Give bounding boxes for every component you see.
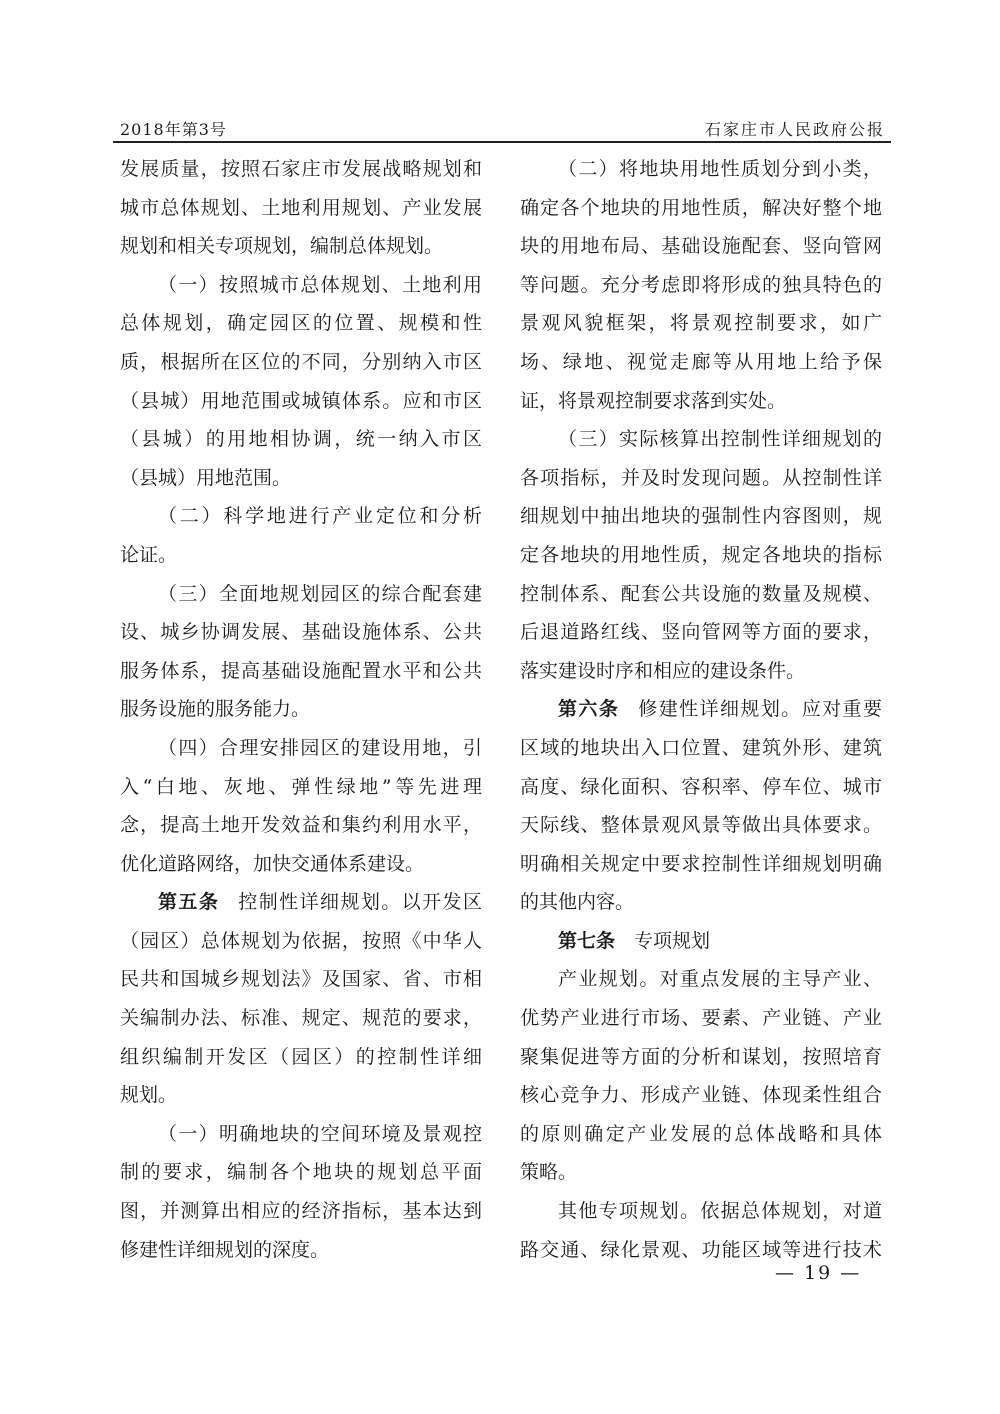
text-line: （四）合理安排园区的建设用地，引 (120, 729, 482, 768)
text-line: 关编制办法、标准、规定、规范的要求， (120, 999, 482, 1038)
article-heading: 第五条 (158, 891, 219, 913)
text-line: 制的要求，编制各个地块的规划总平面 (120, 1153, 482, 1192)
line-text: 明确相关规定中要求控制性详细规划明确 (520, 853, 882, 875)
line-text: 天际线、整体景观风景等做出具体要求。 (520, 814, 882, 836)
text-line: 第七条专项规划 (520, 922, 882, 961)
line-text: 核心竞争力、形成产业链、体现柔性组合 (520, 1084, 882, 1106)
line-text: 场、绿地、视觉走廊等从用地上给予保 (520, 351, 882, 373)
text-line: 定各地块的用地性质，规定各地块的指标 (520, 536, 882, 575)
text-line: 设、城乡协调发展、基础设施体系、公共 (120, 613, 482, 652)
text-line: 高度、绿化面积、容积率、停车位、城市 (520, 768, 882, 807)
line-text: 等问题。充分考虑即将形成的独具特色的 (520, 274, 882, 296)
text-line: 的原则确定产业发展的总体战略和具体 (520, 1115, 882, 1154)
line-text: 规划。 (120, 1084, 177, 1106)
text-line: （三）实际核算出控制性详细规划的 (520, 420, 882, 459)
text-line: 控制体系、配套公共设施的数量及规模、 (520, 575, 882, 614)
line-text: 的其他内容。 (520, 891, 634, 913)
line-text: 聚集促进等方面的分析和谋划，按照培育 (520, 1046, 882, 1068)
line-text: （县城）的用地相协调，统一纳入市区 (120, 428, 482, 450)
text-line: 优化道路网络，加快交通体系建设。 (120, 845, 482, 884)
text-line: （一）明确地块的空间环境及景观控 (120, 1115, 482, 1154)
text-line: 修建性详细规划的深度。 (120, 1231, 482, 1270)
text-line: 城市总体规划、土地利用规划、产业发展 (120, 189, 482, 228)
text-line: 其他专项规划。依据总体规划，对道 (520, 1192, 882, 1231)
line-text: 证，将景观控制要求落到实处。 (520, 390, 786, 412)
line-text: （四）合理安排园区的建设用地，引 (158, 737, 482, 759)
page-number: — 19 — (775, 1262, 861, 1284)
text-line: 确定各个地块的用地性质，解决好整个地 (520, 189, 882, 228)
line-text: （一）按照城市总体规划、土地利用 (158, 274, 482, 296)
line-text: （县城）用地范围或城镇体系。应和市区 (120, 390, 482, 412)
text-line: 发展质量，按照石家庄市发展战略规划和 (120, 150, 482, 189)
text-line: 明确相关规定中要求控制性详细规划明确 (520, 845, 882, 884)
line-text: 区域的地块出入口位置、建筑外形、建筑 (520, 737, 882, 759)
line-text: 论证。 (120, 544, 177, 566)
line-text: 细规划中抽出地块的强制性内容图则，规 (520, 505, 882, 527)
line-text: （三）实际核算出控制性详细规划的 (558, 428, 882, 450)
line-text: 发展质量，按照石家庄市发展战略规划和 (120, 158, 482, 180)
text-line: 第六条修建性详细规划。应对重要 (520, 690, 882, 729)
text-line: 论证。 (120, 536, 482, 575)
line-text: 优势产业进行市场、要素、产业链、产业 (520, 1007, 882, 1029)
line-text: 服务设施的服务能力。 (120, 698, 310, 720)
line-text: 组织编制开发区（园区）的控制性详细 (120, 1046, 482, 1068)
text-line: 聚集促进等方面的分析和谋划，按照培育 (520, 1038, 882, 1077)
text-line: （县城）用地范围。 (120, 459, 482, 498)
page-header: 2018年第3号 石家庄市人民政府公报 (113, 113, 891, 141)
text-line: （三）全面地规划园区的综合配套建 (120, 575, 482, 614)
line-text: 制的要求，编制各个地块的规划总平面 (120, 1161, 482, 1183)
text-line: 民共和国城乡规划法》及国家、省、市相 (120, 960, 482, 999)
line-text: 念，提高土地开发效益和集约利用水平， (120, 814, 482, 836)
text-line: （园区）总体规划为依据，按照《中华人 (120, 922, 482, 961)
text-line: 产业规划。对重点发展的主导产业、 (520, 960, 882, 999)
line-text: 图，并测算出相应的经济指标，基本达到 (120, 1200, 482, 1222)
left-column: 发展质量，按照石家庄市发展战略规划和城市总体规划、土地利用规划、产业发展规划和相… (120, 150, 482, 1269)
line-text: 关编制办法、标准、规定、规范的要求， (120, 1007, 482, 1029)
line-text: 路交通、绿化景观、功能区域等进行技术 (520, 1239, 882, 1261)
text-line: 各项指标，并及时发现问题。从控制性详 (520, 459, 882, 498)
text-line: （二）科学地进行产业定位和分析 (120, 497, 482, 536)
line-text: 城市总体规划、土地利用规划、产业发展 (120, 197, 482, 219)
line-text: 民共和国城乡规划法》及国家、省、市相 (120, 968, 482, 990)
article-heading: 第七条 (558, 930, 615, 952)
text-line: 场、绿地、视觉走廊等从用地上给予保 (520, 343, 882, 382)
text-line: 景观风貌框架，将景观控制要求，如广 (520, 304, 882, 343)
text-line: 核心竞争力、形成产业链、体现柔性组合 (520, 1076, 882, 1115)
line-text: 优化道路网络，加快交通体系建设。 (120, 853, 424, 875)
article-heading: 第六条 (558, 698, 619, 720)
line-text: 的原则确定产业发展的总体战略和具体 (520, 1123, 882, 1145)
line-text: 其他专项规划。依据总体规划，对道 (558, 1200, 882, 1222)
text-line: 等问题。充分考虑即将形成的独具特色的 (520, 266, 882, 305)
line-text: 总体规划，确定园区的位置、规模和性 (120, 312, 482, 334)
text-line: 优势产业进行市场、要素、产业链、产业 (520, 999, 882, 1038)
right-column: （二）将地块用地性质划分到小类，确定各个地块的用地性质，解决好整个地块的用地布局… (520, 150, 882, 1269)
text-line: （县城）用地范围或城镇体系。应和市区 (120, 382, 482, 421)
text-line: 念，提高土地开发效益和集约利用水平， (120, 806, 482, 845)
line-text: （二）科学地进行产业定位和分析 (158, 505, 482, 527)
line-text: （一）明确地块的空间环境及景观控 (158, 1123, 482, 1145)
line-text: 服务体系，提高基础设施配置水平和公共 (120, 660, 482, 682)
line-text: （二）将地块用地性质划分到小类， (558, 158, 882, 180)
text-line: 质，根据所在区位的不同，分别纳入市区 (120, 343, 482, 382)
text-line: 证，将景观控制要求落到实处。 (520, 382, 882, 421)
line-text: （园区）总体规划为依据，按照《中华人 (120, 930, 482, 952)
line-text: 控制性详细规划。以开发区 (238, 891, 482, 913)
line-text: 设、城乡协调发展、基础设施体系、公共 (120, 621, 482, 643)
text-line: （二）将地块用地性质划分到小类， (520, 150, 882, 189)
line-text: 修建性详细规划。应对重要 (638, 698, 882, 720)
line-text: 后退道路红线、竖向管网等方面的要求， (520, 621, 882, 643)
text-line: （一）按照城市总体规划、土地利用 (120, 266, 482, 305)
line-text: 专项规划 (634, 930, 710, 952)
line-text: 高度、绿化面积、容积率、停车位、城市 (520, 776, 882, 798)
text-line: 区域的地块出入口位置、建筑外形、建筑 (520, 729, 882, 768)
text-line: 规划。 (120, 1076, 482, 1115)
line-text: 块的用地布局、基础设施配套、竖向管网 (520, 235, 882, 257)
text-line: 总体规划，确定园区的位置、规模和性 (120, 304, 482, 343)
line-text: 修建性详细规划的深度。 (120, 1239, 329, 1261)
text-line: 服务体系，提高基础设施配置水平和公共 (120, 652, 482, 691)
text-line: 落实建设时序和相应的建设条件。 (520, 652, 882, 691)
line-text: 质，根据所在区位的不同，分别纳入市区 (120, 351, 482, 373)
text-line: 细规划中抽出地块的强制性内容图则，规 (520, 497, 882, 536)
line-text: （三）全面地规划园区的综合配套建 (158, 583, 482, 605)
text-line: （县城）的用地相协调，统一纳入市区 (120, 420, 482, 459)
line-text: 景观风貌框架，将景观控制要求，如广 (520, 312, 882, 334)
line-text: 规划和相关专项规划，编制总体规划。 (120, 235, 443, 257)
text-line: 组织编制开发区（园区）的控制性详细 (120, 1038, 482, 1077)
text-line: 规划和相关专项规划，编制总体规划。 (120, 227, 482, 266)
line-text: 各项指标，并及时发现问题。从控制性详 (520, 467, 882, 489)
line-text: 入“白地、灰地、弹性绿地”等先进理 (120, 776, 482, 798)
text-line: 图，并测算出相应的经济指标，基本达到 (120, 1192, 482, 1231)
text-line: 第五条控制性详细规划。以开发区 (120, 883, 482, 922)
text-line: 块的用地布局、基础设施配套、竖向管网 (520, 227, 882, 266)
publication-title: 石家庄市人民政府公报 (705, 117, 885, 140)
header-divider (113, 141, 891, 143)
line-text: 产业规划。对重点发展的主导产业、 (558, 968, 882, 990)
line-text: 落实建设时序和相应的建设条件。 (520, 660, 805, 682)
line-text: 定各地块的用地性质，规定各地块的指标 (520, 544, 882, 566)
text-line: 入“白地、灰地、弹性绿地”等先进理 (120, 768, 482, 807)
text-line: 服务设施的服务能力。 (120, 690, 482, 729)
line-text: 策略。 (520, 1161, 577, 1183)
text-line: 天际线、整体景观风景等做出具体要求。 (520, 806, 882, 845)
issue-label: 2018年第3号 (120, 117, 227, 140)
text-line: 策略。 (520, 1153, 882, 1192)
line-text: 控制体系、配套公共设施的数量及规模、 (520, 583, 882, 605)
line-text: 确定各个地块的用地性质，解决好整个地 (520, 197, 882, 219)
text-line: 后退道路红线、竖向管网等方面的要求， (520, 613, 882, 652)
text-line: 的其他内容。 (520, 883, 882, 922)
line-text: （县城）用地范围。 (120, 467, 291, 489)
